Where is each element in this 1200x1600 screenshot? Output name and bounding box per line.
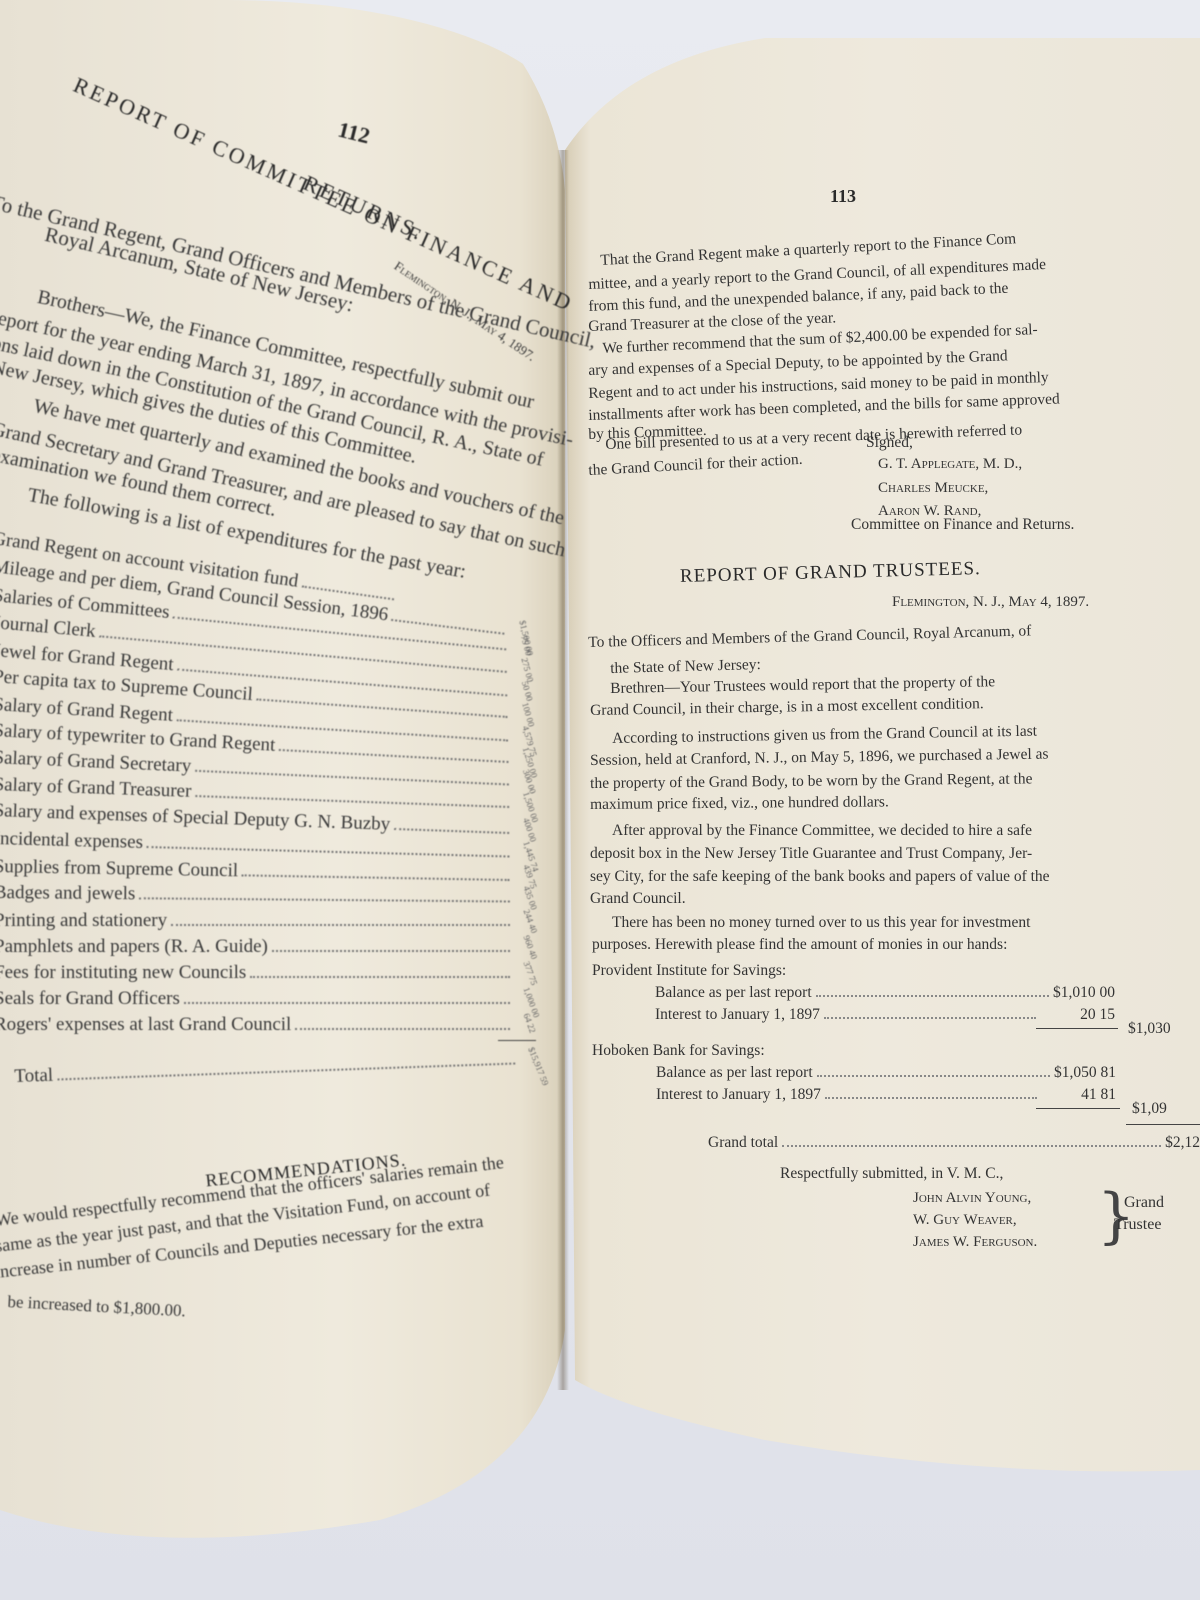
expenditure-row: Pamphlets and papers (R. A. Guide)960 40 <box>0 936 534 958</box>
account-subtotal: $1,030 <box>1128 1020 1171 1038</box>
sum-rule <box>498 1040 536 1041</box>
signed-label: Signed, <box>866 434 913 452</box>
trustees-body: sey City, for the safe keeping of the ba… <box>590 868 1050 886</box>
signatory: G. T. Applegate, M. D., <box>878 456 1022 473</box>
trustees-role: Grand <box>1124 1194 1164 1212</box>
trustees-body: maximum price fixed, viz., one hundred d… <box>590 793 889 814</box>
trustees-body: deposit box in the New Jersey Title Guar… <box>590 845 1032 863</box>
left-page-content: REPORT OF COMMITTEE ON FINANCE AND 112 R… <box>0 0 560 1400</box>
bank-name: Hoboken Bank for Savings: <box>592 1042 765 1060</box>
submitted-line: Respectfully submitted, in V. M. C., <box>780 1165 1003 1183</box>
account-row: Balance as per last report$1,010 00 <box>655 984 1115 1002</box>
left-page-title-line2: RETURNS. <box>299 170 428 247</box>
expenditure-row: Seals for Grand Officers1,000 00 <box>0 988 534 1010</box>
bank-name: Provident Institute for Savings: <box>592 962 786 980</box>
trustees-body: purposes. Herewith please find the amoun… <box>592 936 1007 954</box>
trustees-body: There has been no money turned over to u… <box>612 914 1030 932</box>
account-row: Interest to January 1, 189720 15 <box>655 1006 1115 1024</box>
signatory: Charles Meucke, <box>878 480 988 497</box>
expenditure-row: Badges and jewels435 00 <box>0 882 534 909</box>
expenditure-row: Rogers' expenses at last Grand Council64… <box>0 1014 534 1036</box>
grand-total-amount: $2,12 <box>1165 1134 1200 1152</box>
account-row: Balance as per last report$1,050 81 <box>656 1064 1116 1082</box>
trustee-name: James W. Ferguson. <box>913 1234 1037 1251</box>
trustees-body: Grand Council. <box>590 890 686 908</box>
trustees-role: Trustee <box>1114 1216 1161 1234</box>
committee-label: Committee on Finance and Returns. <box>851 516 1074 534</box>
trustees-dateline: Flemington, N. J., May 4, 1897. <box>892 594 1089 611</box>
left-page-number: 112 <box>335 117 372 150</box>
sum-rule <box>1036 1028 1118 1029</box>
expenditure-row: Printing and stationery244 40 <box>0 910 534 932</box>
recommendation-line: be increased to $1,800.00. <box>7 1292 186 1321</box>
sum-rule <box>1126 1124 1200 1125</box>
grand-total-row: Grand total$2,12 <box>708 1134 1200 1152</box>
sum-rule <box>1036 1108 1120 1109</box>
trustees-body: After approval by the Finance Committee,… <box>612 822 1032 840</box>
expenditure-row: Fees for instituting new Councils377 75 <box>0 962 534 984</box>
account-row: Interest to January 1, 189741 81 <box>656 1086 1116 1104</box>
right-page-number: 113 <box>830 186 856 207</box>
total-amount: $15,917 59 <box>515 1046 543 1073</box>
account-subtotal: $1,09 <box>1132 1100 1167 1118</box>
total-row: Total$15,917 59 <box>14 1048 539 1088</box>
trustee-name: W. Guy Weaver, <box>913 1212 1017 1229</box>
trustee-name: John Alvin Young, <box>913 1190 1031 1207</box>
